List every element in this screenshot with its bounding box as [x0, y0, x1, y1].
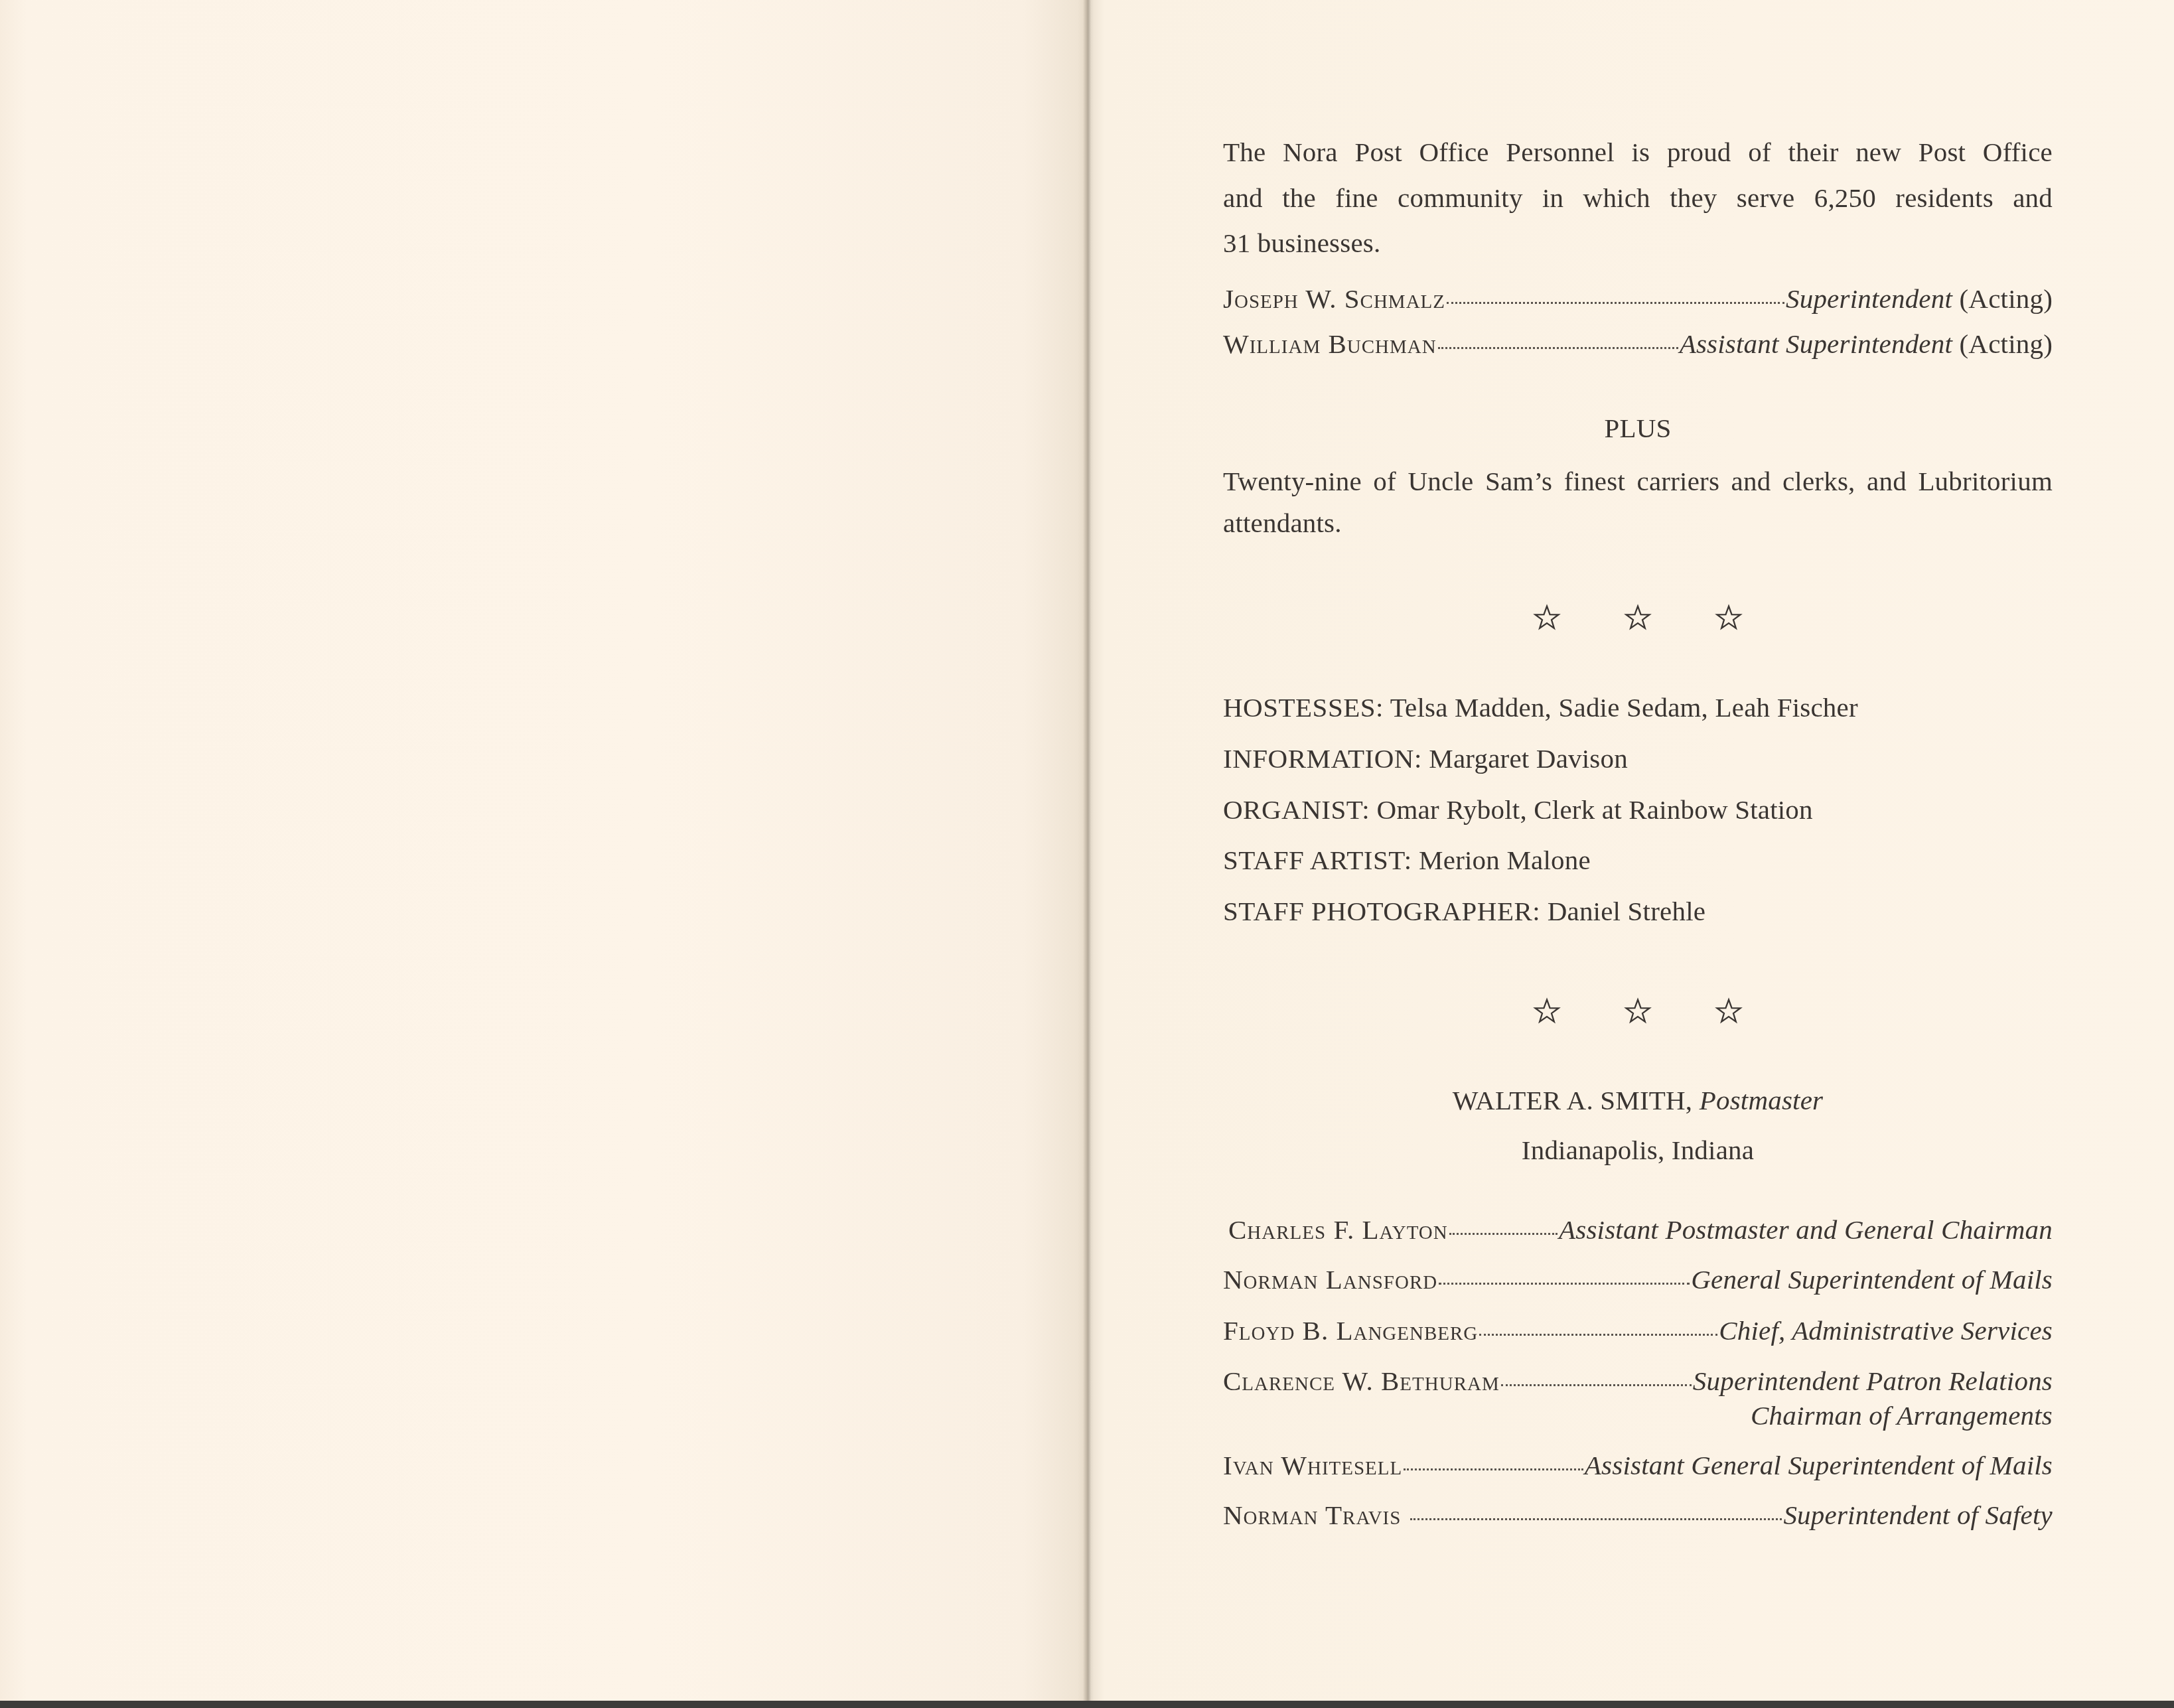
dot-leader	[1449, 1233, 1558, 1235]
credit-value: Margaret Davison	[1429, 743, 1628, 774]
staff-row-langenberg: Floyd B. Langenberg Chief, Administrativ…	[1223, 1315, 2053, 1346]
credit-label: INFORMATION:	[1223, 743, 1422, 774]
credit-organist: ORGANIST: Omar Rybolt, Clerk at Rainbow …	[1223, 794, 2053, 825]
staff-name: Floyd B. Langenberg	[1223, 1315, 1478, 1346]
star-outline-icon	[1506, 997, 1589, 1031]
credit-value: Merion Malone	[1419, 845, 1591, 875]
book-fold-gutter	[1083, 0, 1091, 1701]
staff-role-line-2: Chairman of Arrangements	[1223, 1399, 2053, 1431]
credit-staff-photographer: STAFF PHOTOGRAPHER: Daniel Strehle	[1223, 895, 2053, 927]
credit-hostesses: HOSTESSES: Telsa Madden, Sadie Sedam, Le…	[1223, 691, 2053, 723]
staff-role: Superintendent Patron Relations	[1693, 1365, 2053, 1397]
staff-row-schmalz: Joseph W. Schmalz Superintendent (Acting…	[1223, 283, 2053, 315]
credit-label: ORGANIST:	[1223, 794, 1370, 825]
scanner-bottom-edge	[0, 1701, 2174, 1708]
dot-leader	[1439, 1283, 1690, 1285]
staff-row-bethuram: Clarence W. Bethuram Superintendent Patr…	[1223, 1365, 2053, 1397]
star-outline-icon	[1506, 604, 1589, 638]
intro-line-2: and the fine community in which they ser…	[1223, 182, 2053, 214]
intro-line-3: 31 businesses.	[1223, 227, 2053, 259]
credit-value: Daniel Strehle	[1548, 896, 1705, 926]
postmaster-line: WALTER A. SMITH, Postmaster	[1223, 1084, 2053, 1116]
staff-role: Assistant General Superintendent of Mail…	[1585, 1449, 2053, 1481]
staff-name: William Buchman	[1223, 328, 1437, 360]
star-separator-1	[1223, 604, 2053, 638]
credit-label: STAFF ARTIST:	[1223, 845, 1412, 875]
staff-name: Joseph W. Schmalz	[1223, 283, 1445, 315]
staff-name: Clarence W. Bethuram	[1223, 1365, 1500, 1397]
staff-row-whitesell: Ivan Whitesell Assistant General Superin…	[1223, 1449, 2053, 1481]
dot-leader	[1438, 347, 1678, 349]
credit-label: HOSTESSES:	[1223, 692, 1384, 723]
credit-value: Omar Rybolt, Clerk at Rainbow Station	[1377, 794, 1813, 825]
star-outline-icon	[1688, 604, 1771, 638]
postmaster-name: WALTER A. SMITH,	[1453, 1085, 1693, 1115]
dot-leader	[1479, 1334, 1717, 1336]
postmaster-location: Indianapolis, Indiana	[1223, 1134, 2053, 1166]
staff-role: Chief, Administrative Services	[1719, 1315, 2053, 1346]
star-separator-2	[1223, 997, 2053, 1031]
plus-line-1: Twenty-nine of Uncle Sam’s finest carrie…	[1223, 465, 2053, 497]
staff-role: Assistant Superintendent	[1680, 328, 1952, 359]
staff-row-buchman: William Buchman Assistant Superintendent…	[1223, 328, 2053, 360]
credit-staff-artist: STAFF ARTIST: Merion Malone	[1223, 844, 2053, 876]
staff-role-suffix: (Acting)	[1960, 283, 2053, 314]
staff-role-suffix: (Acting)	[1960, 328, 2053, 359]
staff-name: Norman Lansford	[1223, 1263, 1437, 1295]
intro-line-1: The Nora Post Office Personnel is proud …	[1223, 136, 2053, 168]
star-outline-icon	[1597, 604, 1680, 638]
staff-role: Superintendent of Safety	[1783, 1499, 2053, 1531]
star-outline-icon	[1597, 997, 1680, 1031]
plus-line-2: attendants.	[1223, 507, 2053, 539]
staff-role: General Superintendent of Mails	[1691, 1263, 2053, 1295]
dot-leader	[1410, 1518, 1782, 1520]
staff-row-lansford: Norman Lansford General Superintendent o…	[1223, 1263, 2053, 1295]
staff-name: Charles F. Layton	[1228, 1214, 1448, 1245]
staff-name: Ivan Whitesell	[1223, 1449, 1402, 1481]
plus-heading: PLUS	[1223, 412, 2053, 444]
staff-role: Assistant Postmaster and General Chairma…	[1559, 1214, 2053, 1245]
credit-label: STAFF PHOTOGRAPHER:	[1223, 896, 1540, 926]
dot-leader	[1404, 1468, 1583, 1470]
staff-name: Norman Travis	[1223, 1499, 1401, 1531]
postmaster-title: Postmaster	[1700, 1085, 1824, 1115]
credit-information: INFORMATION: Margaret Davison	[1223, 743, 2053, 774]
staff-role: Superintendent	[1786, 283, 1952, 314]
left-page-blank	[0, 0, 1088, 1701]
dot-leader	[1501, 1384, 1692, 1386]
staff-row-layton: Charles F. Layton Assistant Postmaster a…	[1228, 1214, 2053, 1245]
dot-leader	[1447, 302, 1784, 304]
star-outline-icon	[1688, 997, 1771, 1031]
credit-value: Telsa Madden, Sadie Sedam, Leah Fischer	[1390, 692, 1858, 723]
staff-row-travis: Norman Travis Superintendent of Safety	[1223, 1499, 2053, 1531]
